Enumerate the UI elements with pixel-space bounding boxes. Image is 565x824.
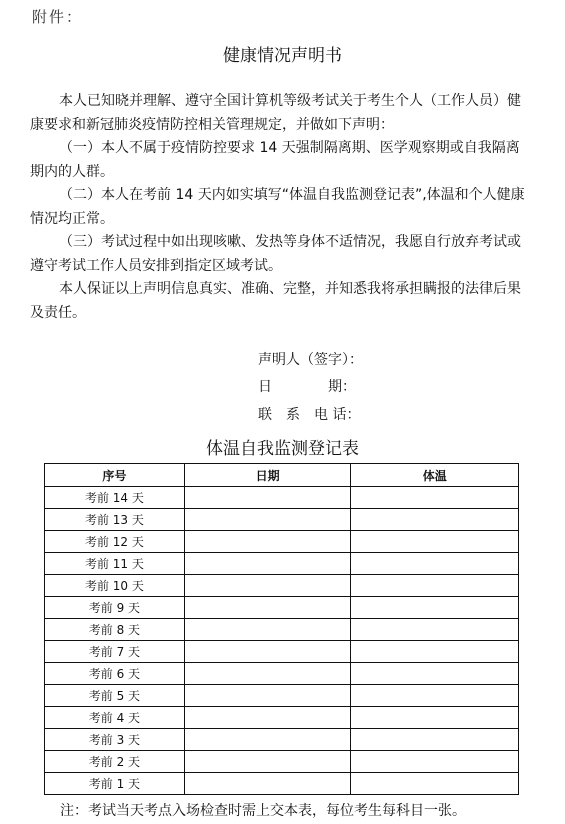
temperature-cell[interactable] (351, 619, 519, 641)
date-field: 日 期： (258, 376, 356, 396)
date-cell[interactable] (184, 575, 351, 597)
table-header-row: 序号 日期 体温 (45, 464, 519, 487)
paragraph-line: 及责任。 (30, 302, 535, 326)
table-row: 考前 6 天 (45, 663, 519, 685)
row-label: 考前 6 天 (45, 663, 185, 685)
date-cell[interactable] (184, 553, 351, 575)
table-row: 考前 2 天 (45, 751, 519, 773)
date-cell[interactable] (184, 685, 351, 707)
temperature-register-table: 序号 日期 体温 考前 14 天 考前 13 天 考前 12 天 考前 11 天… (44, 463, 519, 795)
column-header-sequence: 序号 (45, 464, 185, 487)
temperature-cell[interactable] (351, 751, 519, 773)
paragraph-line: （一）本人不属于疫情防控要求 14 天强制隔离期、医学观察期或自我隔离 (30, 137, 535, 161)
temperature-cell[interactable] (351, 685, 519, 707)
row-label: 考前 13 天 (45, 509, 185, 531)
temperature-cell[interactable] (351, 707, 519, 729)
row-label: 考前 7 天 (45, 641, 185, 663)
row-label: 考前 14 天 (45, 487, 185, 509)
row-label: 考前 4 天 (45, 707, 185, 729)
date-cell[interactable] (184, 619, 351, 641)
table-row: 考前 4 天 (45, 707, 519, 729)
row-label: 考前 11 天 (45, 553, 185, 575)
paragraph-line: （二）本人在考前 14 天内如实填写“体温自我监测登记表”,体温和个人健康 (30, 184, 535, 208)
date-cell[interactable] (184, 641, 351, 663)
paragraph-line: 本人保证以上声明信息真实、准确、完整，并知悉我将承担瞒报的法律后果 (30, 278, 535, 302)
register-note: 注：考试当天考点入场检查时需上交本表，每位考生每科目一张。 (60, 800, 466, 820)
paragraph-line: 本人已知晓并理解、遵守全国计算机等级考试关于考生个人（工作人员）健 (30, 90, 535, 114)
signer-signature-field: 声明人（签字）： (258, 349, 363, 369)
paragraph-line: 情况均正常。 (30, 208, 535, 232)
paragraph-line: 康要求和新冠肺炎疫情防控相关管理规定，并做如下声明： (30, 114, 535, 138)
date-cell[interactable] (184, 509, 351, 531)
declaration-body: 本人已知晓并理解、遵守全国计算机等级考试关于考生个人（工作人员）健 康要求和新冠… (30, 90, 535, 325)
table-row: 考前 1 天 (45, 773, 519, 795)
row-label: 考前 12 天 (45, 531, 185, 553)
date-cell[interactable] (184, 663, 351, 685)
date-cell[interactable] (184, 487, 351, 509)
table-row: 考前 14 天 (45, 487, 519, 509)
date-cell[interactable] (184, 751, 351, 773)
column-header-temperature: 体温 (351, 464, 519, 487)
paragraph-line: 期内的人群。 (30, 161, 535, 185)
table-row: 考前 9 天 (45, 597, 519, 619)
date-cell[interactable] (184, 729, 351, 751)
temperature-cell[interactable] (351, 729, 519, 751)
table-row: 考前 10 天 (45, 575, 519, 597)
row-label: 考前 1 天 (45, 773, 185, 795)
temperature-cell[interactable] (351, 531, 519, 553)
table-row: 考前 13 天 (45, 509, 519, 531)
row-label: 考前 10 天 (45, 575, 185, 597)
paragraph-line: 遵守考试工作人员安排到指定区域考试。 (30, 255, 535, 279)
row-label: 考前 5 天 (45, 685, 185, 707)
temperature-cell[interactable] (351, 773, 519, 795)
date-cell[interactable] (184, 773, 351, 795)
table-row: 考前 12 天 (45, 531, 519, 553)
temperature-cell[interactable] (351, 575, 519, 597)
paragraph-line: （三）考试过程中如出现咳嗽、发热等身体不适情况，我愿自行放弃考试或 (30, 231, 535, 255)
row-label: 考前 2 天 (45, 751, 185, 773)
table-row: 考前 7 天 (45, 641, 519, 663)
temperature-cell[interactable] (351, 553, 519, 575)
temperature-cell[interactable] (351, 663, 519, 685)
temperature-cell[interactable] (351, 641, 519, 663)
date-cell[interactable] (184, 707, 351, 729)
register-title: 体温自我监测登记表 (0, 434, 565, 459)
table-row: 考前 5 天 (45, 685, 519, 707)
column-header-date: 日期 (184, 464, 351, 487)
temperature-cell[interactable] (351, 509, 519, 531)
date-cell[interactable] (184, 597, 351, 619)
attachment-label: 附件： (32, 6, 83, 27)
table-row: 考前 8 天 (45, 619, 519, 641)
phone-field: 联 系 电 话： (258, 404, 360, 424)
date-cell[interactable] (184, 531, 351, 553)
temperature-cell[interactable] (351, 597, 519, 619)
row-label: 考前 8 天 (45, 619, 185, 641)
row-label: 考前 9 天 (45, 597, 185, 619)
temperature-cell[interactable] (351, 487, 519, 509)
table-row: 考前 3 天 (45, 729, 519, 751)
table-row: 考前 11 天 (45, 553, 519, 575)
row-label: 考前 3 天 (45, 729, 185, 751)
declaration-title: 健康情况声明书 (0, 41, 565, 66)
